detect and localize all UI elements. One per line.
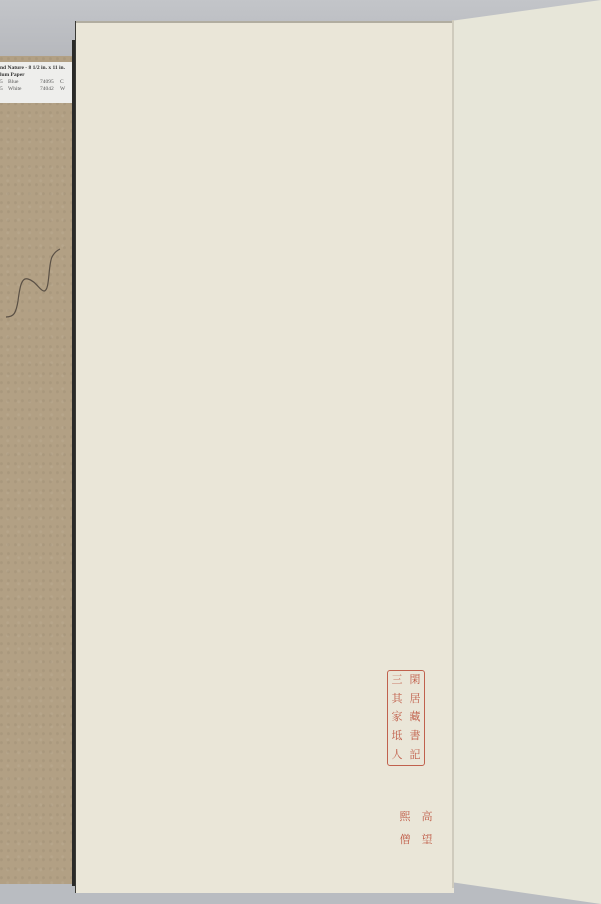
label-subtitle: lum Paper <box>0 72 73 79</box>
page-fold <box>452 20 454 888</box>
label-title: nd Nature - 8 1/2 in. x 11 in. <box>0 65 73 72</box>
collector-seal-large: 三 閑 其 居 家 藏 坻 書 人 記 <box>387 670 425 766</box>
right-page <box>446 0 601 904</box>
paper-label: nd Nature - 8 1/2 in. x 11 in. lum Paper… <box>0 62 73 103</box>
label-row: 5 Blue 74095 C <box>0 79 73 86</box>
collector-seal-small: 熙 高 僧 望 <box>394 806 438 852</box>
label-row: 5 White 74042 W <box>0 86 73 93</box>
string-icon <box>0 235 70 325</box>
